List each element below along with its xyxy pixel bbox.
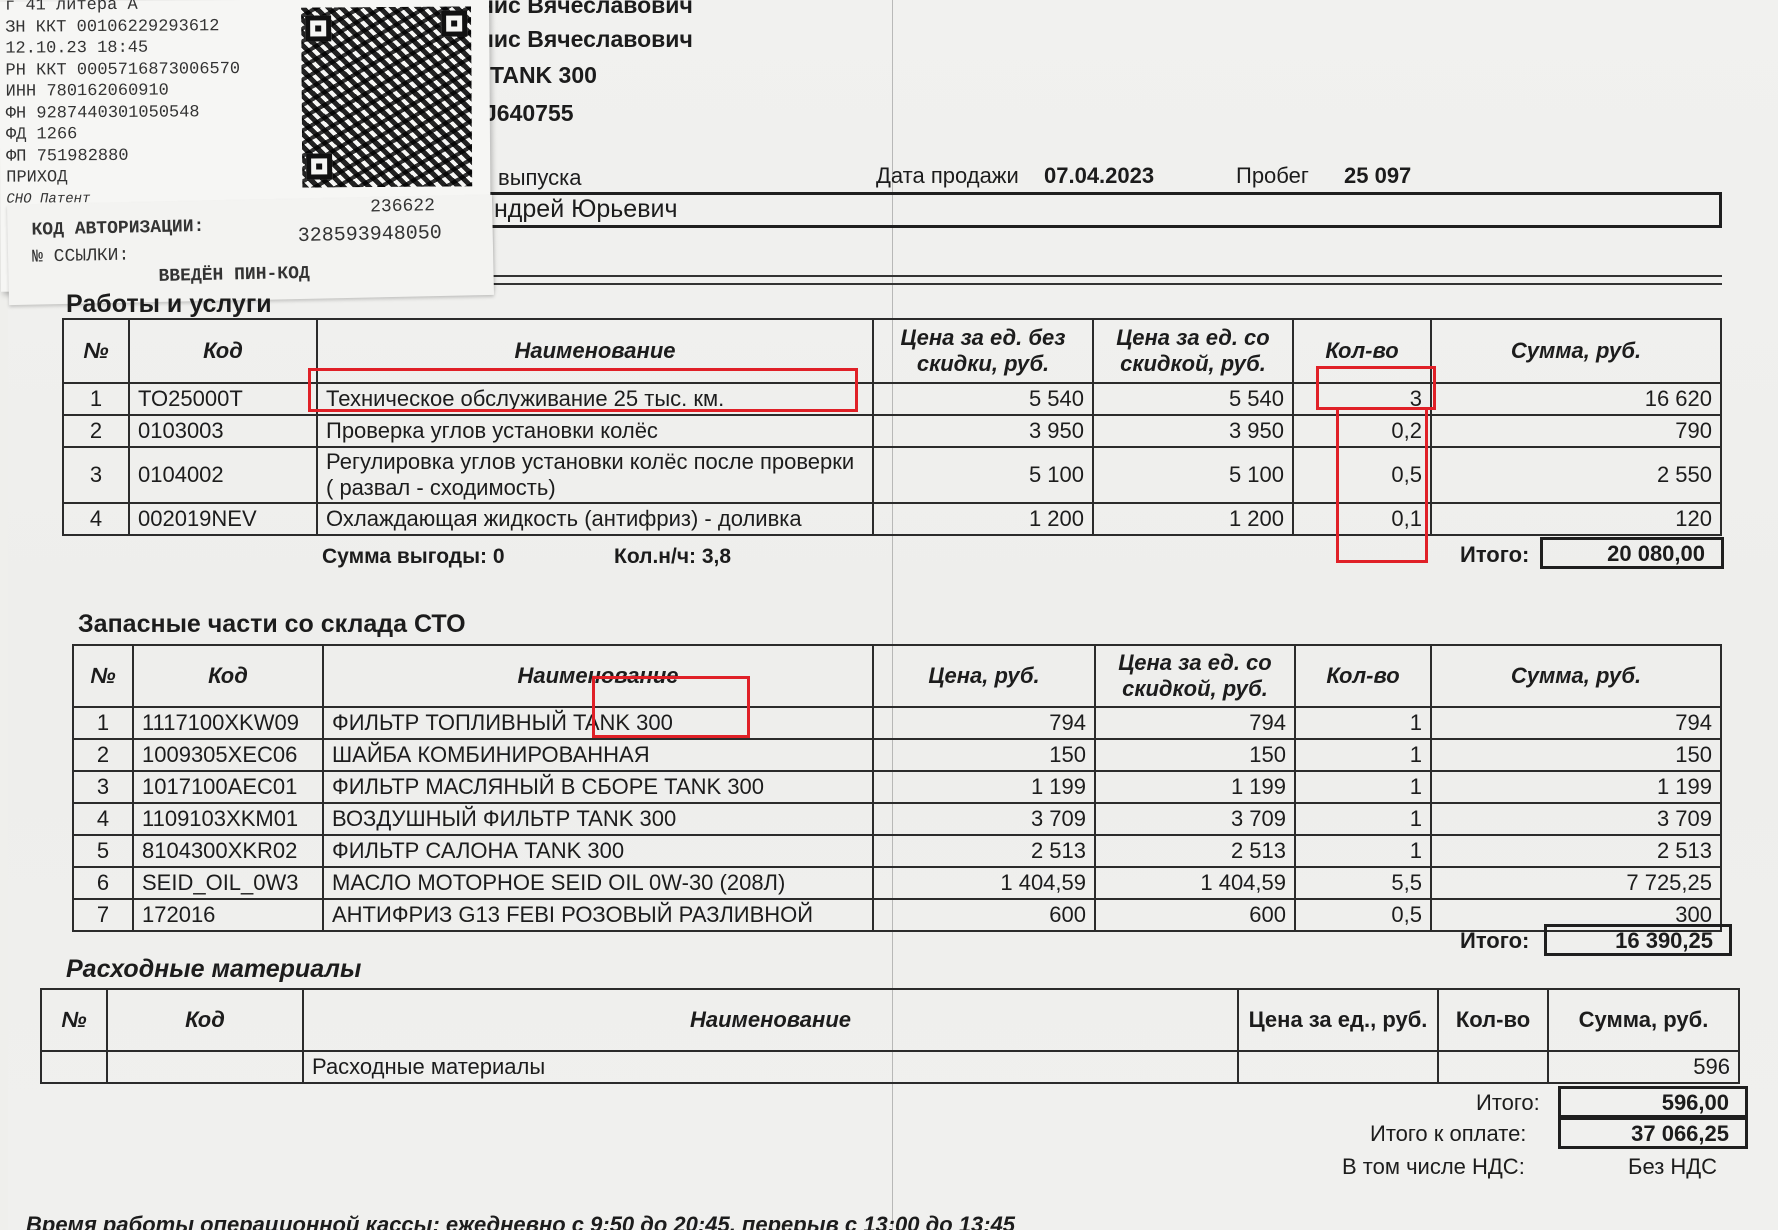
- cell-price-disc: 150: [1095, 739, 1295, 771]
- qr-code: [299, 4, 474, 189]
- receipt-line: ИНН 780162060910: [6, 80, 241, 103]
- cell-name: Расходные материалы: [303, 1051, 1238, 1083]
- cell-n: 3: [63, 447, 129, 503]
- cell-n: 3: [73, 771, 133, 803]
- cell-price-disc: 2 513: [1095, 835, 1295, 867]
- cell-code: SEID_OIL_0W3: [133, 867, 323, 899]
- col-price-discount: Цена за ед. со скидкой, руб.: [1093, 319, 1293, 383]
- parts-total-label: Итого:: [1460, 928, 1529, 954]
- highlight-qty-column: [1336, 410, 1428, 563]
- cell-sum: 7 725,25: [1431, 867, 1721, 899]
- vehicle-model: TANK 300: [490, 62, 597, 89]
- cell-n: 6: [73, 867, 133, 899]
- col-sum: Сумма, руб.: [1548, 989, 1739, 1051]
- mileage-label: Пробег: [1236, 163, 1309, 189]
- cashdesk-hours-note: Время работы операционной кассы: ежеднев…: [26, 1212, 1015, 1230]
- cell-n: 1: [63, 383, 129, 415]
- year-label: выпуска: [498, 165, 582, 191]
- cell-code: 8104300XKR02: [133, 835, 323, 867]
- qr-finder: [441, 10, 467, 36]
- cell-name: Проверка углов установки колёс: [317, 415, 873, 447]
- mileage-value: 25 097: [1344, 163, 1411, 189]
- cell-code: 1017100AEC01: [133, 771, 323, 803]
- cell-qty: [1438, 1051, 1548, 1083]
- cell-n: 1: [73, 707, 133, 739]
- cell-price: [1238, 1051, 1438, 1083]
- table-row: 31017100AEC01ФИЛЬТР МАСЛЯНЫЙ В СБОРЕ TAN…: [73, 771, 1721, 803]
- col-code: Код: [107, 989, 303, 1051]
- cell-code: TO25000T: [129, 383, 317, 415]
- receipt-line: г 41 литера А: [5, 0, 240, 17]
- qr-finder: [305, 15, 331, 41]
- cell-sum: 2 513: [1431, 835, 1721, 867]
- col-name: Наименование: [303, 989, 1238, 1051]
- receipt-line: ФД 1266: [6, 123, 241, 146]
- cell-price: 794: [873, 707, 1095, 739]
- cell-n: 5: [73, 835, 133, 867]
- cell-price: 1 200: [873, 503, 1093, 535]
- sale-date-label: Дата продажи: [876, 163, 1019, 189]
- cell-code: 002019NEV: [129, 503, 317, 535]
- cell-n: 4: [63, 503, 129, 535]
- services-table: № Код Наименование Цена за ед. без скидк…: [62, 318, 1722, 536]
- cell-price-disc: 1 200: [1093, 503, 1293, 535]
- highlight-tank300: [592, 676, 750, 738]
- table-row: 58104300XKR02ФИЛЬТР САЛОНА TANK 3002 513…: [73, 835, 1721, 867]
- consumables-header-row: № Код Наименование Цена за ед., руб. Кол…: [41, 989, 1739, 1051]
- receipt-line: ПРИХОД: [6, 166, 241, 189]
- cell-code: 1117100XKW09: [133, 707, 323, 739]
- services-total-value: 20 080,00: [1540, 537, 1724, 569]
- highlight-service-name: [308, 368, 858, 412]
- customer-name: ндрей Юрьевич: [494, 195, 677, 224]
- cell-sum: 1 199: [1431, 771, 1721, 803]
- cell-n: 7: [73, 899, 133, 931]
- cell-qty: 1: [1295, 707, 1431, 739]
- consumables-total-label: Итого:: [1476, 1090, 1540, 1116]
- col-price: Цена, руб.: [873, 645, 1095, 707]
- cell-price: 5 100: [873, 447, 1093, 503]
- col-number: №: [63, 319, 129, 383]
- cell-sum: 16 620: [1431, 383, 1721, 415]
- consumables-title: Расходные материалы: [66, 955, 361, 984]
- table-row: 41109103XKM01ВОЗДУШНЫЙ ФИЛЬТР TANK 3003 …: [73, 803, 1721, 835]
- cell-n: 4: [73, 803, 133, 835]
- receipt-line: ЗН ККТ 00106229293612: [5, 16, 240, 39]
- receipt-line: ФН 9287440301050548: [6, 102, 241, 125]
- receipt-slip: 236622 КОД АВТОРИЗАЦИИ: 328593948050 № С…: [7, 195, 494, 305]
- sale-date-value: 07.04.2023: [1044, 163, 1154, 189]
- cell-price-disc: 3 709: [1095, 803, 1295, 835]
- header-double-rule: [480, 275, 1722, 285]
- auth-label: КОД АВТОРИЗАЦИИ:: [31, 217, 204, 241]
- header-name-line2: нис Вячеславович: [480, 26, 693, 53]
- cell-code: 0104002: [129, 447, 317, 503]
- consumables-total-value: 596,00: [1558, 1086, 1748, 1118]
- highlight-qty-3: [1316, 366, 1436, 410]
- cell-price-disc: 5 100: [1093, 447, 1293, 503]
- cell-qty: 1: [1295, 739, 1431, 771]
- cell-price: 3 950: [873, 415, 1093, 447]
- parts-total-value: 16 390,25: [1544, 924, 1732, 956]
- receipt-lines: г 41 литера А ЗН ККТ 00106229293612 12.1…: [5, 0, 241, 211]
- col-code: Код: [133, 645, 323, 707]
- col-number: №: [41, 989, 107, 1051]
- receipt-line: ФП 751982880: [6, 145, 241, 168]
- cell-sum: 596: [1548, 1051, 1739, 1083]
- cell-price: 1 404,59: [873, 867, 1095, 899]
- vat-label: В том числе НДС:: [1342, 1154, 1525, 1180]
- cell-price-disc: 3 950: [1093, 415, 1293, 447]
- header-name-line1: нис Вячеславович: [480, 0, 693, 19]
- cell-sum: 3 709: [1431, 803, 1721, 835]
- parts-title: Запасные части со склада СТО: [78, 610, 466, 639]
- cell-sum: 794: [1431, 707, 1721, 739]
- cell-n: 2: [73, 739, 133, 771]
- cell-code: [107, 1051, 303, 1083]
- cell-price: 3 709: [873, 803, 1095, 835]
- table-row: 21009305XEC06ШАЙБА КОМБИНИРОВАННАЯ150150…: [73, 739, 1721, 771]
- cell-price: 5 540: [873, 383, 1093, 415]
- cell-sum: 2 550: [1431, 447, 1721, 503]
- col-number: №: [73, 645, 133, 707]
- cell-price: 2 513: [873, 835, 1095, 867]
- cell-code: 0103003: [129, 415, 317, 447]
- cell-sum: 120: [1431, 503, 1721, 535]
- cell-qty: 5,5: [1295, 867, 1431, 899]
- vat-value: Без НДС: [1628, 1154, 1717, 1180]
- cell-name: ВОЗДУШНЫЙ ФИЛЬТР TANK 300: [323, 803, 873, 835]
- table-row: 20103003Проверка углов установки колёс3 …: [63, 415, 1721, 447]
- cell-price-disc: 794: [1095, 707, 1295, 739]
- cell-sum: 150: [1431, 739, 1721, 771]
- vin-tail: J640755: [484, 100, 574, 127]
- cell-qty: 1: [1295, 771, 1431, 803]
- labor-hours: Кол.н/ч: 3,8: [614, 545, 731, 569]
- receipt-line: 12.10.23 18:45: [5, 37, 240, 60]
- cell-price: 1 199: [873, 771, 1095, 803]
- col-price: Цена за ед., руб.: [1238, 989, 1438, 1051]
- cell-name: МАСЛО МОТОРНОЕ SEID OIL 0W-30 (208Л): [323, 867, 873, 899]
- col-qty: Кол-во: [1295, 645, 1431, 707]
- cell-name: ФИЛЬТР МАСЛЯНЫЙ В СБОРЕ TANK 300: [323, 771, 873, 803]
- grand-total-value: 37 066,25: [1558, 1117, 1748, 1149]
- cell-name: АНТИФРИЗ G13 FEBI РОЗОВЫЙ РАЗЛИВНОЙ: [323, 899, 873, 931]
- cell-code: 1009305XEC06: [133, 739, 323, 771]
- receipt-line: РН ККТ 0005716873006570: [5, 59, 240, 82]
- col-price: Цена за ед. без скидки, руб.: [873, 319, 1093, 383]
- col-sum: Сумма, руб.: [1431, 319, 1721, 383]
- cell-name: Регулировка углов установки колёс после …: [317, 447, 873, 503]
- consumables-table: № Код Наименование Цена за ед., руб. Кол…: [40, 988, 1740, 1084]
- parts-header-row: № Код Наименование Цена, руб. Цена за ед…: [73, 645, 1721, 707]
- table-row: 6SEID_OIL_0W3МАСЛО МОТОРНОЕ SEID OIL 0W-…: [73, 867, 1721, 899]
- cell-code: 172016: [133, 899, 323, 931]
- cell-qty: 0,5: [1295, 899, 1431, 931]
- col-price-discount: Цена за ед. со скидкой, руб.: [1095, 645, 1295, 707]
- cell-sum: 790: [1431, 415, 1721, 447]
- cell-price: 600: [873, 899, 1095, 931]
- cell-price-disc: 5 540: [1093, 383, 1293, 415]
- col-code: Код: [129, 319, 317, 383]
- cell-qty: 1: [1295, 835, 1431, 867]
- table-row: 30104002Регулировка углов установки колё…: [63, 447, 1721, 503]
- cell-price-disc: 600: [1095, 899, 1295, 931]
- cell-price-disc: 1 404,59: [1095, 867, 1295, 899]
- ref-number: 328593948050: [297, 222, 441, 248]
- ref-label: № ССЫЛКИ:: [32, 246, 130, 268]
- table-row: Расходные материалы596: [41, 1051, 1739, 1083]
- col-qty: Кол-во: [1438, 989, 1548, 1051]
- cell-price: 150: [873, 739, 1095, 771]
- cell-name: ШАЙБА КОМБИНИРОВАННАЯ: [323, 739, 873, 771]
- cell-qty: 1: [1295, 803, 1431, 835]
- services-total-label: Итого:: [1460, 542, 1529, 568]
- services-title: Работы и услуги: [66, 290, 272, 319]
- table-row: 7172016АНТИФРИЗ G13 FEBI РОЗОВЫЙ РАЗЛИВН…: [73, 899, 1721, 931]
- qr-finder: [306, 153, 332, 179]
- auth-code: 236622: [370, 196, 435, 217]
- cell-name: ФИЛЬТР САЛОНА TANK 300: [323, 835, 873, 867]
- cell-price-disc: 1 199: [1095, 771, 1295, 803]
- parts-table: № Код Наименование Цена, руб. Цена за ед…: [72, 644, 1722, 932]
- table-row: 4002019NEVОхлаждающая жидкость (антифриз…: [63, 503, 1721, 535]
- cell-code: 1109103XKM01: [133, 803, 323, 835]
- col-sum: Сумма, руб.: [1431, 645, 1721, 707]
- cell-n: 2: [63, 415, 129, 447]
- benefit-sum: Сумма выгоды: 0: [322, 545, 505, 569]
- grand-total-label: Итого к оплате:: [1370, 1121, 1526, 1147]
- cell-n: [41, 1051, 107, 1083]
- pin-entered: ВВЕДЁН ПИН-КОД: [158, 264, 310, 287]
- table-row: 11117100XKW09ФИЛЬТР ТОПЛИВНЫЙ TANK 30079…: [73, 707, 1721, 739]
- cell-name: Охлаждающая жидкость (антифриз) - доливк…: [317, 503, 873, 535]
